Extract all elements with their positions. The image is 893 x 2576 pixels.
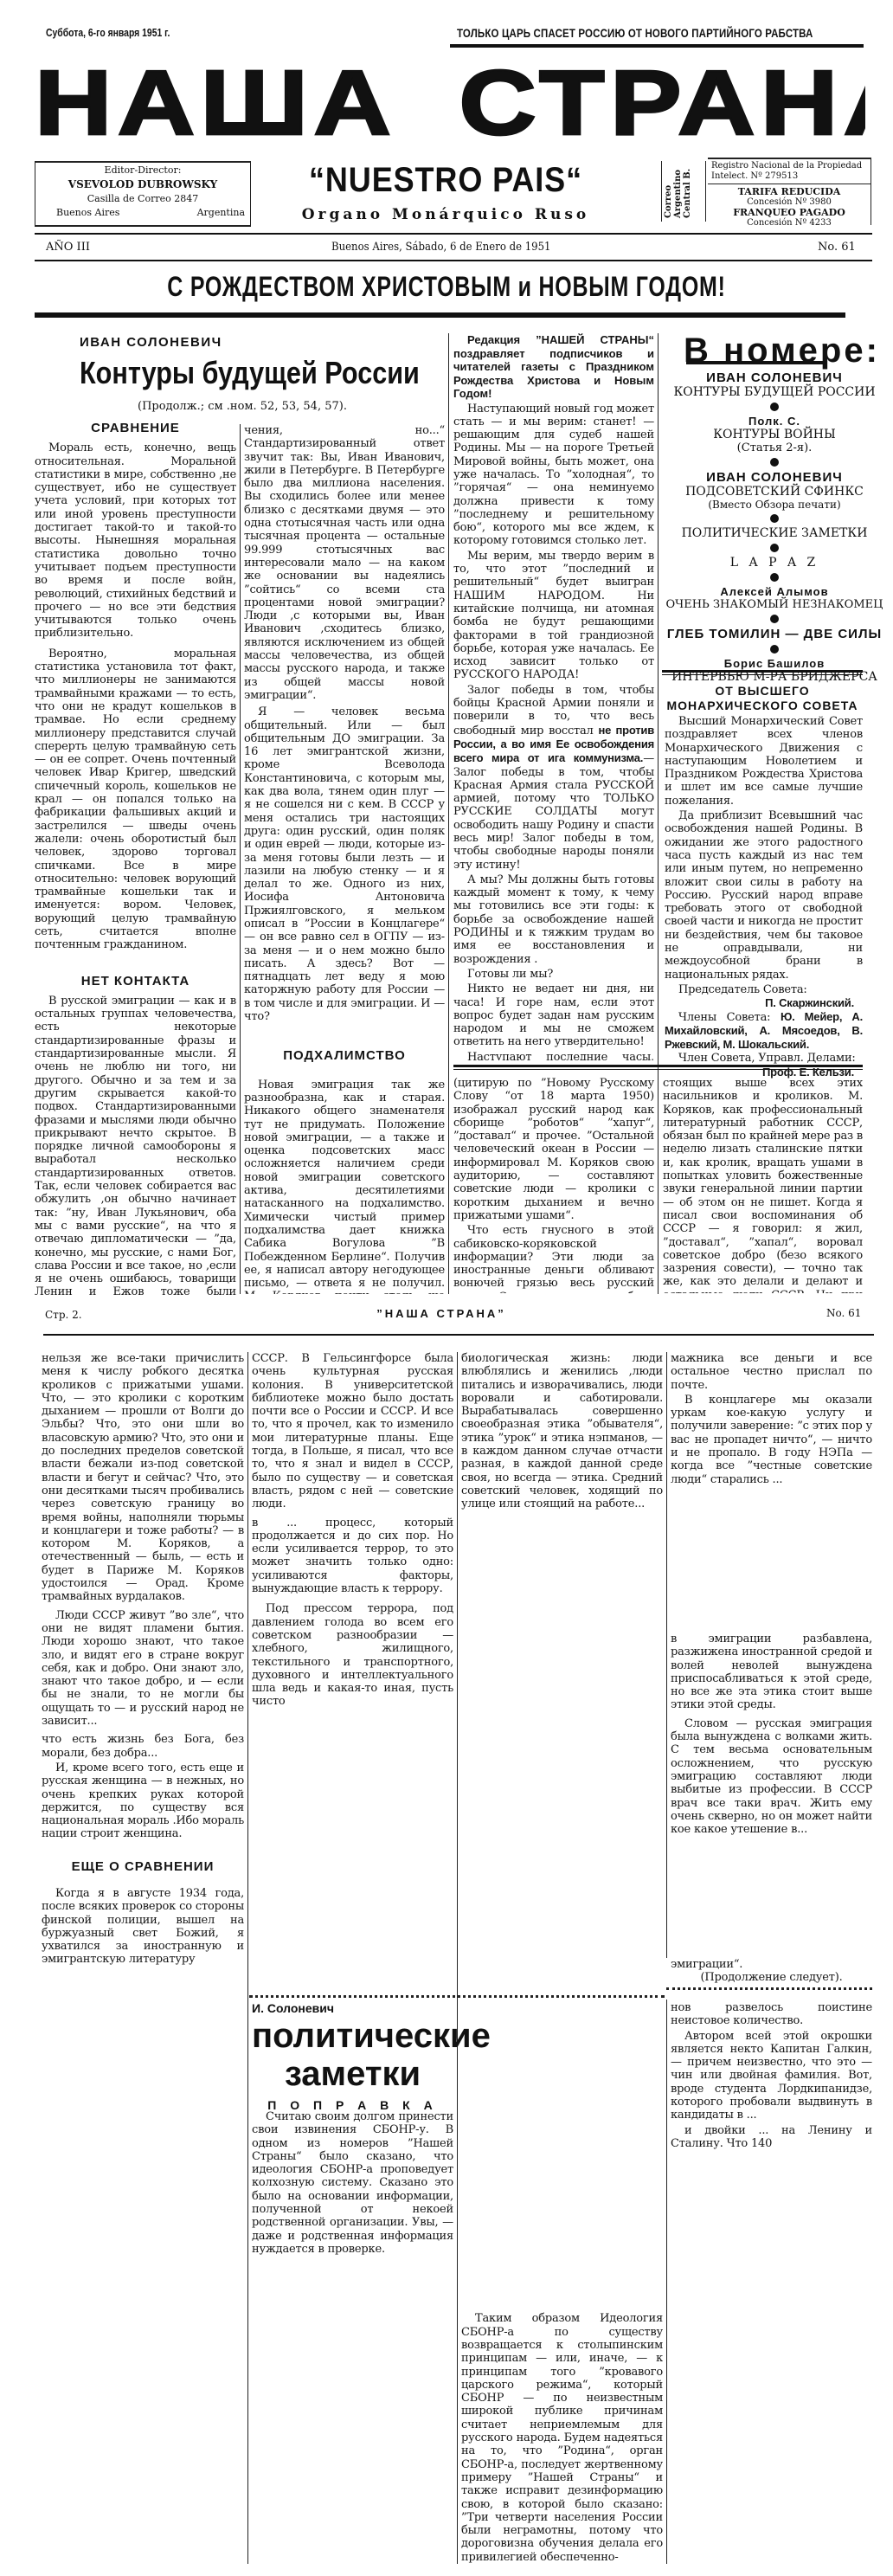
dateline: Суббота, 6-го января 1951 г.	[46, 26, 170, 39]
main-article-col3: (цитирую по ”Новому Русскому Слову “от 1…	[453, 1077, 654, 1293]
postal-line-2: Argentino	[673, 169, 683, 218]
subhead-sycophancy: ПОДХАЛИМСТВО	[244, 1049, 445, 1062]
continued-note: (Продолжение следует).	[671, 1971, 872, 1984]
politics-dotted-rule	[249, 1995, 665, 1998]
concesion-2: Concesión Nº 4233	[708, 218, 871, 228]
slogan: ТОЛЬКО ЦАРЬ СПАСЕТ РОССИЮ ОТ НОВОГО ПАРТ…	[457, 26, 813, 40]
bullet-icon	[770, 615, 779, 623]
p2-col-divider-2	[457, 1352, 458, 2564]
editor-label: Editor-Director:	[35, 164, 250, 176]
toc-author: Борис Башилов	[662, 657, 887, 670]
p2-col-divider-1	[247, 1352, 248, 2564]
editor-box: Editor-Director: VSEVOLOD DUBROWSKY Casi…	[35, 161, 251, 227]
main-article-col1: СРАВНЕНИЕ Мораль есть, конечно, вещь отн…	[35, 422, 236, 1296]
p2-col-divider-3	[666, 1352, 667, 1958]
greeting-lead: Редакция ”НАШЕЙ СТРАНЫ“ поздравляет подп…	[453, 333, 654, 401]
paragraph: Никто не ведает ни дня, ни часа! И горе …	[453, 982, 654, 1048]
masthead: НАША СТРАНА	[35, 57, 865, 147]
paragraph: СССР. В Гельсингфорсе была очень культур…	[252, 1352, 453, 1511]
politics-title-line1: политические	[252, 2017, 453, 2055]
toc-title: КОНТУРЫ ВОЙНЫ	[662, 428, 887, 441]
p2-col4-ethics: в эмиграции разбавлена, разжижена иностр…	[671, 1633, 872, 1944]
bullet-icon	[770, 645, 779, 654]
chair-name: П. Скаржинский.	[665, 996, 863, 1009]
issue-number: No. 61	[818, 241, 856, 254]
col-divider-2	[448, 333, 449, 1294]
paragraph: Автором всей этой окрошки является некто…	[671, 2030, 872, 2122]
col-divider-3	[658, 333, 659, 1294]
p2-col1: нельзя же все-таки причислить меня к чис…	[42, 1352, 244, 2573]
toc-title: КОНТУРЫ БУДУЩЕЙ РОССИИ	[662, 385, 887, 399]
paragraph: А мы? Мы должны быть готовы каждый момен…	[453, 873, 654, 966]
lower-section-rule-thin	[453, 1069, 863, 1070]
p2-col4-lower: нов развелось поистине неистовое количес…	[671, 2001, 872, 2564]
bullet-icon	[770, 573, 779, 582]
editor-city: Buenos Aires	[56, 207, 119, 218]
tarifa-reducida: TARIFA REDUCIDA	[708, 186, 871, 197]
toc-title: ОЧЕНЬ ЗНАКОМЫЙ НЕЗНАКОМЕЦ	[662, 598, 887, 611]
paragraph: и двойки ... на Ленину и Сталину. Что 14…	[671, 2124, 872, 2151]
toc-item[interactable]: Полк. С. КОНТУРЫ ВОЙНЫ (Статья 2-я).	[662, 415, 887, 454]
members-label: Члены Совета:	[678, 1011, 770, 1024]
toc-author: Полк. С.	[662, 415, 887, 428]
col-divider-1	[240, 424, 241, 1294]
chair-label: Председатель Совета:	[665, 983, 863, 996]
paragraph: нов развелось поистине неистовое количес…	[671, 2001, 872, 2028]
postal-line-1: Correo	[664, 169, 673, 218]
paragraph: Высший Монархический Совет поздравляет в…	[665, 715, 863, 808]
main-article-author: ИВАН СОЛОНЕВИЧ	[80, 335, 222, 350]
bullet-icon	[770, 458, 779, 467]
franqueo-pagado: FRANQUEO PAGADO	[708, 207, 871, 218]
p2-col2: СССР. В Гельсингфорсе была очень культур…	[252, 1352, 453, 1988]
toc-note: (Статья 2-я).	[662, 441, 887, 454]
paragraph: И, кроме всего того, есть еще и русская …	[42, 1761, 244, 1841]
toc-title: ПОЛИТИЧЕСКИЕ ЗАМЕТКИ	[662, 526, 887, 540]
registry-number: Registro Nacional de la Propiedad Intele…	[708, 159, 871, 184]
paragraph: мажника все деньги и все остальное честн…	[671, 1352, 872, 1392]
main-article-col4: стоящих выше всех этих насильников и кро…	[663, 1077, 863, 1293]
paragraph: Под прессом террора, под давлением голод…	[252, 1602, 453, 1708]
issue-bar-bottom-rule	[35, 260, 872, 261]
paragraph: Словом — русская эмиграция была вынужден…	[671, 1717, 872, 1837]
paragraph: Таким образом Идеология СБОНР-а по сущес…	[461, 2312, 663, 2564]
text-span: Наступают последние часы, последние мину…	[453, 1051, 654, 1060]
toc-author: ИВАН СОЛОНЕВИЧ	[662, 370, 887, 385]
paragraph: Я — человек весьма общительный. Или — бы…	[244, 705, 445, 1023]
toc-item[interactable]: L A P A Z	[662, 556, 887, 570]
issue-place-date: Buenos Aires, Sábado, 6 de Enero de 1951	[331, 241, 551, 254]
editor-country: Argentina	[197, 207, 245, 218]
toc-item[interactable]: ИВАН СОЛОНЕВИЧ КОНТУРЫ БУДУЩЕЙ РОССИИ	[662, 370, 887, 399]
toc-item[interactable]: Алексей Алымов ОЧЕНЬ ЗНАКОМЫЙ НЕЗНАКОМЕЦ	[662, 585, 887, 611]
bullet-icon	[770, 514, 779, 523]
registry-box: Registro Nacional de la Propiedad Intele…	[708, 158, 871, 225]
paragraph: биологическая жизнь: люди влюблялись и ж…	[461, 1352, 663, 1511]
p2-col4: мажника все деньги и все остальное честн…	[671, 1352, 872, 1638]
subhead-more-comparison: ЕЩЕ О СРАВНЕНИИ	[42, 1860, 244, 1873]
page2-header-rule	[43, 1334, 874, 1336]
paragraph: в эмиграции разбавлена, разжижена иностр…	[671, 1633, 872, 1712]
paragraph: стоящих выше всех этих насильников и кро…	[663, 1077, 863, 1293]
toc-item[interactable]: ГЛЕБ ТОМИЛИН — ДВЕ СИЛЫ	[662, 627, 887, 641]
toc-item[interactable]: ПОЛИТИЧЕСКИЕ ЗАМЕТКИ	[662, 526, 887, 540]
banner-rule	[35, 312, 845, 318]
toc-item[interactable]: ИВАН СОЛОНЕВИЧ ПОДСОВЕТСКИЙ СФИНКС (Вмес…	[662, 470, 887, 511]
secretary-label: Член Совета, Управл. Делами:	[665, 1052, 863, 1065]
toc-author: ИВАН СОЛОНЕВИЧ	[662, 470, 887, 485]
paragraph: Да приблизит Всевышний час освобождения …	[665, 809, 863, 982]
masthead-title: НАША СТРАНА	[35, 57, 865, 147]
col4-dotted-rule	[666, 1987, 872, 1990]
politics-notes-col1: Считаю своим долгом принести свои извине…	[252, 2110, 453, 2569]
main-article-continued: (Продолж.; см .ном. 52, 53, 54, 57).	[35, 400, 450, 413]
in-issue-bottom-rule	[662, 670, 863, 673]
paragraph: Мы верим, мы твердо верим в то, что этот…	[453, 550, 654, 682]
p2-col-divider-3b	[666, 2000, 667, 2564]
paragraph: что есть жизнь без Бога, без морали, без…	[42, 1733, 244, 1760]
paragraph: Наступающий новый год может стать — и мы…	[453, 402, 654, 548]
council-statement: Высший Монархический Совет поздравляет в…	[665, 715, 863, 1079]
main-article-col2: чения, но...“ Стандартизированный ответ …	[244, 424, 445, 1294]
paragraph: В концлагере мы оказали уркам кое-какую …	[671, 1394, 872, 1486]
in-issue-underline	[686, 361, 827, 364]
politics-author: И. Солоневич	[252, 2001, 453, 2015]
subhead-no-contact: НЕТ КОНТАКТА	[35, 975, 236, 988]
lower-section-rule	[453, 1065, 863, 1067]
postal-line-3: Central B.	[683, 169, 692, 218]
p2-col4-continued: эмиграции“. (Продолжение следует).	[671, 1958, 872, 1985]
politics-notes-col2: Таким образом Идеология СБОНР-а по сущес…	[461, 2001, 663, 2564]
postal-box: Correo Argentino Central B.	[661, 161, 706, 222]
toc-title: L A P A Z	[662, 556, 887, 570]
holiday-banner: С РОЖДЕСТВОМ ХРИСТОВЫМ и НОВЫМ ГОДОМ!	[99, 271, 795, 303]
politics-title-line2: заметки	[252, 2055, 453, 2093]
toc-title: ГЛЕБ ТОМИЛИН — ДВЕ СИЛЫ	[662, 627, 887, 641]
editor-name: VSEVOLOD DUBROWSKY	[35, 178, 250, 190]
issue-year: AÑO III	[46, 241, 90, 254]
paragraph: чения, но...“ Стандартизированный ответ …	[244, 424, 445, 702]
in-issue-bottom-rule-thin	[662, 674, 863, 675]
text-span: — Залог победы в том, чтобы Красная Арми…	[453, 752, 654, 871]
toc-author: Алексей Алымов	[662, 585, 887, 598]
p2-col3: биологическая жизнь: люди влюблялись и ж…	[461, 1352, 663, 1988]
paragraph: в ... процесс, который продолжается и до…	[252, 1517, 453, 1596]
council-heading: ОТ ВЫСШЕГО МОНАРХИЧЕСКОГО СОВЕТА	[662, 684, 863, 713]
bullet-icon	[770, 544, 779, 552]
paragraph: (цитирую по ”Новому Русскому Слову “от 1…	[453, 1077, 654, 1222]
paragraph: эмиграции“.	[671, 1958, 872, 1971]
spanish-title: “NUESTRO PAIS“	[279, 161, 614, 200]
page2-number: No. 61	[826, 1307, 861, 1319]
toc-title: ПОДСОВЕТСКИЙ СФИНКС	[662, 485, 887, 499]
subhead-comparison: СРАВНЕНИЕ	[35, 422, 236, 435]
toc-note: (Вместо Обзора печати)	[662, 499, 887, 511]
spanish-subtitle: Organo Monárquico Ruso	[260, 206, 632, 223]
slogan-rule	[450, 44, 864, 48]
paragraph: Новая эмиграция так же разнообразна, как…	[244, 1079, 445, 1294]
concesion-1: Concesión Nº 3980	[708, 197, 871, 207]
paragraph: Когда я в августе 1934 года, после всяки…	[42, 1887, 244, 1967]
paragraph: Готовы ли мы?	[453, 968, 654, 981]
paragraph: Мораль есть, конечно, вещь относительная…	[35, 441, 236, 640]
in-issue-list: ИВАН СОЛОНЕВИЧ КОНТУРЫ БУДУЩЕЙ РОССИИ По…	[662, 370, 887, 684]
bullet-icon	[770, 402, 779, 411]
paragraph: Считаю своим долгом принести свои извине…	[252, 2110, 453, 2256]
issue-bar-top-rule	[35, 233, 872, 235]
page2-page-label: Стр. 2.	[45, 1309, 82, 1321]
paragraph: Вероятно, моральная статистика установил…	[35, 647, 236, 952]
editor-po-box: Casilla de Correo 2847	[35, 193, 250, 204]
in-issue-heading: В номере:	[684, 332, 880, 370]
editorial-greeting: Редакция ”НАШЕЙ СТРАНЫ“ поздравляет подп…	[453, 333, 654, 1060]
paragraph: В русской эмиграции — как и в остальных …	[35, 995, 236, 1296]
paragraph: Что есть гнусного в этой сабиковско-коря…	[453, 1224, 654, 1293]
paragraph: нельзя же все-таки причислить меня к чис…	[42, 1352, 244, 1604]
politics-notes-header: И. Солоневич политические заметки П О П …	[252, 2001, 453, 2112]
main-article-title: Контуры будущей России	[80, 355, 420, 391]
page2-paper-name: ”НАША СТРАНА”	[329, 1307, 554, 1320]
paragraph: Люди СССР живут ”во зле“, что они не вид…	[42, 1609, 244, 1729]
